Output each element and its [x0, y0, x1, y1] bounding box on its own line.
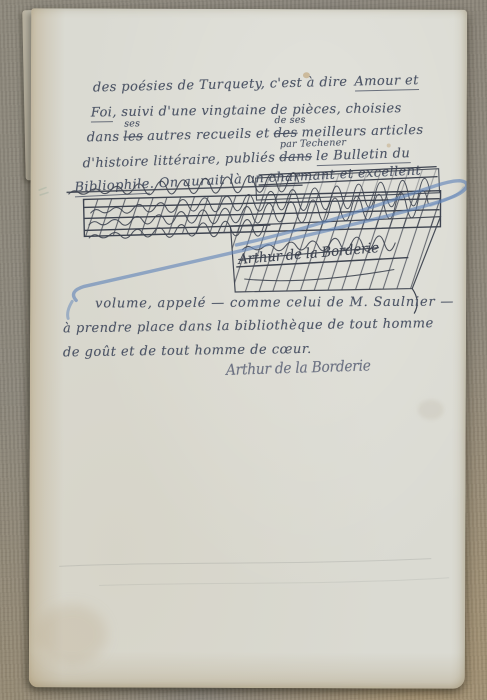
foxing-spot	[418, 400, 444, 420]
margin-smudge	[39, 187, 49, 195]
manuscript-page: des poésies de Turquety, c'est à direAmo…	[29, 8, 467, 689]
faint-pencil-streaks	[59, 557, 449, 586]
foxing-spot	[387, 143, 391, 147]
line5-underlined-title: Bibliophile	[74, 177, 150, 198]
line2-text: , suivi d'une vingtaine de pièces, chois…	[112, 101, 402, 120]
handwriting-line-8: de goût et de tout homme de cœur.	[63, 342, 312, 360]
line1-underlined-title: Amour et	[354, 73, 419, 91]
signature: Arthur de la Borderie	[226, 356, 371, 379]
line1-text: des poésies de Turquety, c'est à dire	[93, 75, 348, 96]
manuscript-photo: des poésies de Turquety, c'est à direAmo…	[0, 0, 487, 700]
line3-word1: dans	[87, 130, 120, 146]
struck-signature: Arthur de la Borderie	[238, 240, 380, 268]
line4-struck-word: dans	[279, 149, 312, 165]
line3-inserted-word2: de ses	[274, 114, 306, 126]
line3-word2: autres recueils et	[147, 126, 270, 144]
handwriting-line-3: danslessesautres recueils etdesde sesmei…	[87, 123, 424, 146]
line4-word1: d'histoire littéraire, publiés	[82, 150, 275, 171]
line4-underlined-title: le Bulletin du	[316, 146, 411, 166]
line4-inserted-word: par Techener	[280, 137, 347, 150]
handwriting-line-7: à prendre place dans la bibliothèque de …	[63, 316, 434, 336]
paper-stain	[37, 604, 107, 664]
line3-inserted-word1: ses	[124, 118, 140, 129]
line3-struck-word1: les	[123, 129, 143, 144]
foxing-spot	[303, 72, 310, 78]
handwriting-line-6: volume, appelé — comme celui de M. Sauln…	[95, 295, 454, 312]
line4-correction: danspar Techener	[279, 149, 312, 165]
handwriting-line-1: des poésies de Turquety, c'est à direAmo…	[93, 73, 419, 95]
line3-correction-1: lesses	[123, 129, 143, 144]
line2-underlined-title: Foi	[91, 105, 113, 122]
